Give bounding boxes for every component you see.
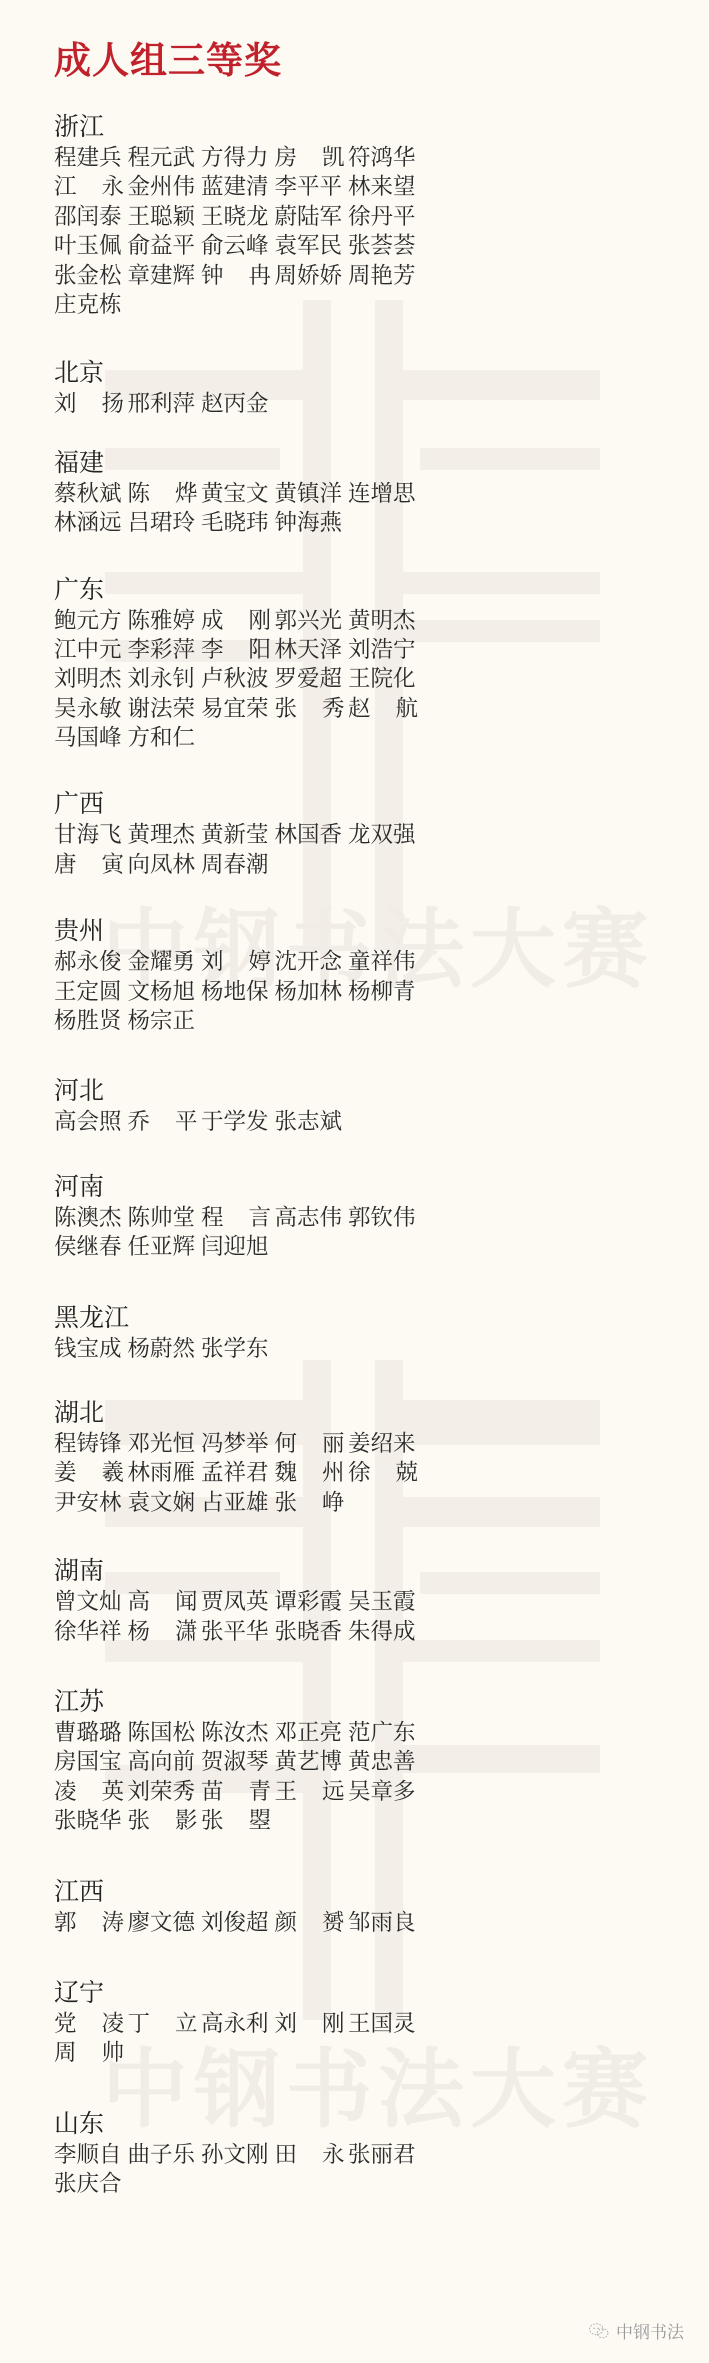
winner-name: 谢法荣 bbox=[128, 695, 201, 724]
province-section: 福建蔡秋斌陈烨黄宝文黄镇洋连增思林涵远吕珺玲毛晓玮钟海燕 bbox=[54, 448, 654, 539]
province-section: 江西郭涛廖文德刘俊超颜赟邹雨良 bbox=[54, 1877, 654, 1938]
winner-name: 毛晓玮 bbox=[201, 509, 274, 538]
names-grid: 曹璐璐陈国松陈汝杰邓正亮范广东房国宝高向前贺淑琴黄艺博黄忠善凌英刘荣秀苗青王远吴… bbox=[54, 1719, 654, 1837]
winner-name: 黄宝文 bbox=[201, 480, 274, 509]
winner-name: 俞云峰 bbox=[201, 232, 274, 261]
province-section: 浙江程建兵程元武方得力房凯符鸿华江永金州伟蓝建清李平平林来望邵闰泰王聪颖王晓龙蔚… bbox=[54, 112, 654, 320]
winner-name: 孟祥君 bbox=[201, 1459, 274, 1488]
names-grid: 李顺自曲子乐孙文刚田永张丽君张庆合 bbox=[54, 2141, 654, 2200]
winner-name: 陈国松 bbox=[128, 1719, 201, 1748]
winner-name: 刘浩宁 bbox=[348, 636, 421, 665]
winner-name: 钱宝成 bbox=[54, 1335, 127, 1364]
winner-name: 林雨雁 bbox=[128, 1459, 201, 1488]
winner-name: 廖文德 bbox=[128, 1909, 201, 1938]
names-grid: 程铸锋邓光恒冯梦举何丽姜绍来姜羲林雨雁孟祥君魏州徐兢尹安林袁文娴占亚雄张峥 bbox=[54, 1430, 654, 1518]
winner-name: 冯梦举 bbox=[201, 1430, 274, 1459]
winner-name: 何丽 bbox=[275, 1430, 345, 1459]
footer-account: 中钢书法 bbox=[588, 2318, 684, 2343]
winner-name: 周春潮 bbox=[201, 851, 274, 880]
winner-name: 张峥 bbox=[275, 1489, 345, 1518]
winner-name: 李阳 bbox=[201, 636, 271, 665]
winner-name: 周艳芳 bbox=[348, 262, 421, 291]
winner-name: 林国香 bbox=[275, 821, 348, 850]
winner-name: 刘扬 bbox=[54, 390, 124, 419]
winner-name: 张志斌 bbox=[275, 1108, 348, 1137]
winner-name: 杨宗正 bbox=[128, 1007, 201, 1036]
winner-name: 卢秋波 bbox=[201, 665, 274, 694]
winner-name: 童祥伟 bbox=[348, 948, 421, 977]
winner-name: 刘婷 bbox=[201, 948, 271, 977]
winner-name: 叶玉佩 bbox=[54, 232, 127, 261]
province-heading: 黑龙江 bbox=[54, 1303, 654, 1333]
winner-name: 田永 bbox=[275, 2141, 345, 2170]
winner-name: 党凌 bbox=[54, 2010, 124, 2039]
winner-name: 程元武 bbox=[128, 144, 201, 173]
winner-name: 侯继春 bbox=[54, 1233, 127, 1262]
names-grid: 鲍元方陈雅婷成刚郭兴光黄明杰江中元李彩萍李阳林天泽刘浩宁刘明杰刘永钊卢秋波罗爱超… bbox=[54, 607, 654, 754]
winner-name: 凌英 bbox=[54, 1778, 124, 1807]
winner-name: 杨胜贤 bbox=[54, 1007, 127, 1036]
winner-name: 苗青 bbox=[201, 1778, 271, 1807]
winner-name: 鲍元方 bbox=[54, 607, 127, 636]
province-section: 广西甘海飞黄理杰黄新莹林国香龙双强唐寅向凤林周春潮 bbox=[54, 789, 654, 880]
footer-account-name: 中钢书法 bbox=[616, 2318, 684, 2343]
winner-name: 唐寅 bbox=[54, 851, 124, 880]
names-grid: 刘扬邢利萍赵丙金 bbox=[54, 390, 654, 419]
winner-name: 邹雨良 bbox=[348, 1909, 421, 1938]
winner-name: 李彩萍 bbox=[128, 636, 201, 665]
winner-name: 杨潇 bbox=[128, 1618, 198, 1647]
winner-name: 金州伟 bbox=[128, 173, 201, 202]
winner-name: 陈澳杰 bbox=[54, 1204, 127, 1233]
winner-name: 贾凤英 bbox=[201, 1588, 274, 1617]
province-heading: 湖北 bbox=[54, 1398, 654, 1428]
winner-name: 徐华祥 bbox=[54, 1618, 127, 1647]
winner-name: 周帅 bbox=[54, 2039, 124, 2068]
winner-name: 孙文刚 bbox=[201, 2141, 274, 2170]
winner-name: 郝永俊 bbox=[54, 948, 127, 977]
winner-name: 罗爱超 bbox=[275, 665, 348, 694]
winner-name: 陈烨 bbox=[128, 480, 198, 509]
winner-name: 袁军民 bbox=[275, 232, 348, 261]
winner-name: 杨蔚然 bbox=[128, 1335, 201, 1364]
winner-name: 邓正亮 bbox=[275, 1719, 348, 1748]
province-heading: 北京 bbox=[54, 358, 654, 388]
winner-name: 张丽君 bbox=[348, 2141, 421, 2170]
winner-name: 邓光恒 bbox=[128, 1430, 201, 1459]
winner-name: 谭彩霞 bbox=[275, 1588, 348, 1617]
winner-name: 张平华 bbox=[201, 1618, 274, 1647]
winner-name: 程建兵 bbox=[54, 144, 127, 173]
winner-name: 张曌 bbox=[201, 1807, 271, 1836]
names-grid: 曾文灿高闻贾凤英谭彩霞吴玉霞徐华祥杨潇张平华张晓香朱得成 bbox=[54, 1588, 654, 1647]
winner-name: 高永利 bbox=[201, 2010, 274, 2039]
winner-name: 钟海燕 bbox=[275, 509, 348, 538]
province-section: 湖北程铸锋邓光恒冯梦举何丽姜绍来姜羲林雨雁孟祥君魏州徐兢尹安林袁文娴占亚雄张峥 bbox=[54, 1398, 654, 1518]
winner-name: 方得力 bbox=[201, 144, 274, 173]
winner-name: 吴永敏 bbox=[54, 695, 127, 724]
winner-name: 李平平 bbox=[275, 173, 348, 202]
winner-name: 于学发 bbox=[201, 1108, 274, 1137]
winner-name: 程铸锋 bbox=[54, 1430, 127, 1459]
winner-name: 王定圆 bbox=[54, 978, 127, 1007]
winner-name: 林天泽 bbox=[275, 636, 348, 665]
province-heading: 江西 bbox=[54, 1877, 654, 1907]
winner-name: 易宜荣 bbox=[201, 695, 274, 724]
province-heading: 贵州 bbox=[54, 916, 654, 946]
winner-name: 徐丹平 bbox=[348, 203, 421, 232]
winner-name: 乔平 bbox=[128, 1108, 198, 1137]
winner-name: 成刚 bbox=[201, 607, 271, 636]
winner-name: 张学东 bbox=[201, 1335, 274, 1364]
winner-name: 黄理杰 bbox=[128, 821, 201, 850]
winner-name: 郭钦伟 bbox=[348, 1204, 421, 1233]
winner-name: 杨地保 bbox=[201, 978, 274, 1007]
winner-name: 魏州 bbox=[275, 1459, 345, 1488]
province-heading: 辽宁 bbox=[54, 1978, 654, 2008]
winner-name: 高志伟 bbox=[275, 1204, 348, 1233]
winner-name: 房国宝 bbox=[54, 1748, 127, 1777]
winner-name: 杨加林 bbox=[275, 978, 348, 1007]
names-grid: 郝永俊金耀勇刘婷沈开念童祥伟王定圆文杨旭杨地保杨加林杨柳青杨胜贤杨宗正 bbox=[54, 948, 654, 1036]
winner-name: 闫迎旭 bbox=[201, 1233, 274, 1262]
winner-name: 黄明杰 bbox=[348, 607, 421, 636]
province-section: 江苏曹璐璐陈国松陈汝杰邓正亮范广东房国宝高向前贺淑琴黄艺博黄忠善凌英刘荣秀苗青王… bbox=[54, 1687, 654, 1837]
province-section: 广东鲍元方陈雅婷成刚郭兴光黄明杰江中元李彩萍李阳林天泽刘浩宁刘明杰刘永钊卢秋波罗… bbox=[54, 575, 654, 754]
winner-name: 范广东 bbox=[348, 1719, 421, 1748]
winner-name: 邢利萍 bbox=[128, 390, 201, 419]
winner-name: 刘荣秀 bbox=[128, 1778, 201, 1807]
names-grid: 程建兵程元武方得力房凯符鸿华江永金州伟蓝建清李平平林来望邵闰泰王聪颖王晓龙蔚陆军… bbox=[54, 144, 654, 320]
page-title: 成人组三等奖 bbox=[54, 30, 282, 84]
winner-name: 符鸿华 bbox=[348, 144, 421, 173]
winner-name: 俞益平 bbox=[128, 232, 201, 261]
winner-name: 林涵远 bbox=[54, 509, 127, 538]
province-section: 河南陈澳杰陈帅堂程言高志伟郭钦伟侯继春任亚辉闫迎旭 bbox=[54, 1172, 654, 1263]
winner-name: 张晓香 bbox=[275, 1618, 348, 1647]
winner-name: 刘明杰 bbox=[54, 665, 127, 694]
winner-name: 张晓华 bbox=[54, 1807, 127, 1836]
province-section: 辽宁党凌丁立高永利刘刚王国灵周帅 bbox=[54, 1978, 654, 2069]
winner-name: 庄克栋 bbox=[54, 291, 127, 320]
province-heading: 河南 bbox=[54, 1172, 654, 1202]
winner-name: 杨柳青 bbox=[348, 978, 421, 1007]
winner-name: 占亚雄 bbox=[201, 1489, 274, 1518]
winner-name: 贺淑琴 bbox=[201, 1748, 274, 1777]
province-section: 湖南曾文灿高闻贾凤英谭彩霞吴玉霞徐华祥杨潇张平华张晓香朱得成 bbox=[54, 1556, 654, 1647]
winner-name: 王远 bbox=[275, 1778, 345, 1807]
names-grid: 钱宝成杨蔚然张学东 bbox=[54, 1335, 654, 1364]
winner-name: 连增思 bbox=[348, 480, 421, 509]
winner-name: 甘海飞 bbox=[54, 821, 127, 850]
winner-name: 龙双强 bbox=[348, 821, 421, 850]
province-heading: 广西 bbox=[54, 789, 654, 819]
winner-name: 高会照 bbox=[54, 1108, 127, 1137]
winner-name: 江中元 bbox=[54, 636, 127, 665]
province-section: 山东李顺自曲子乐孙文刚田永张丽君张庆合 bbox=[54, 2109, 654, 2200]
winner-name: 黄新莹 bbox=[201, 821, 274, 850]
winner-name: 张庆合 bbox=[54, 2170, 127, 2199]
winner-name: 周娇娇 bbox=[275, 262, 348, 291]
province-section: 河北高会照乔平于学发张志斌 bbox=[54, 1076, 654, 1137]
winner-name: 曹璐璐 bbox=[54, 1719, 127, 1748]
winner-name: 邵闰泰 bbox=[54, 203, 127, 232]
winner-name: 姜羲 bbox=[54, 1459, 124, 1488]
winner-name: 袁文娴 bbox=[128, 1489, 201, 1518]
winner-name: 吴章多 bbox=[348, 1778, 421, 1807]
winner-name: 陈雅婷 bbox=[128, 607, 201, 636]
winner-name: 王国灵 bbox=[348, 2010, 421, 2039]
winner-name: 方和仁 bbox=[128, 724, 201, 753]
winner-name: 王聪颖 bbox=[128, 203, 201, 232]
winner-name: 文杨旭 bbox=[128, 978, 201, 1007]
province-section: 黑龙江钱宝成杨蔚然张学东 bbox=[54, 1303, 654, 1364]
winner-name: 马国峰 bbox=[54, 724, 127, 753]
province-heading: 广东 bbox=[54, 575, 654, 605]
winner-name: 沈开念 bbox=[275, 948, 348, 977]
winner-name: 尹安林 bbox=[54, 1489, 127, 1518]
winner-name: 张秀 bbox=[275, 695, 345, 724]
winner-name: 江永 bbox=[54, 173, 124, 202]
winner-name: 陈帅堂 bbox=[128, 1204, 201, 1233]
winner-name: 吴玉霞 bbox=[348, 1588, 421, 1617]
names-grid: 高会照乔平于学发张志斌 bbox=[54, 1108, 654, 1137]
winner-name: 郭兴光 bbox=[275, 607, 348, 636]
names-grid: 党凌丁立高永利刘刚王国灵周帅 bbox=[54, 2010, 654, 2069]
winner-name: 郭涛 bbox=[54, 1909, 124, 1938]
province-section: 贵州郝永俊金耀勇刘婷沈开念童祥伟王定圆文杨旭杨地保杨加林杨柳青杨胜贤杨宗正 bbox=[54, 916, 654, 1036]
province-heading: 河北 bbox=[54, 1076, 654, 1106]
winner-name: 蔡秋斌 bbox=[54, 480, 127, 509]
names-grid: 蔡秋斌陈烨黄宝文黄镇洋连增思林涵远吕珺玲毛晓玮钟海燕 bbox=[54, 480, 654, 539]
province-section: 北京刘扬邢利萍赵丙金 bbox=[54, 358, 654, 419]
winner-name: 刘刚 bbox=[275, 2010, 345, 2039]
winner-name: 丁立 bbox=[128, 2010, 198, 2039]
winner-name: 王晓龙 bbox=[201, 203, 274, 232]
winner-name: 黄艺博 bbox=[275, 1748, 348, 1777]
winner-name: 钟冉 bbox=[201, 262, 271, 291]
province-heading: 湖南 bbox=[54, 1556, 654, 1586]
winner-name: 李顺自 bbox=[54, 2141, 127, 2170]
province-heading: 福建 bbox=[54, 448, 654, 478]
winner-name: 曾文灿 bbox=[54, 1588, 127, 1617]
winner-name: 赵航 bbox=[348, 695, 418, 724]
winner-name: 黄镇洋 bbox=[275, 480, 348, 509]
winner-name: 房凯 bbox=[275, 144, 345, 173]
province-heading: 江苏 bbox=[54, 1687, 654, 1717]
winner-name: 张影 bbox=[128, 1807, 198, 1836]
winner-name: 向凤林 bbox=[128, 851, 201, 880]
names-grid: 陈澳杰陈帅堂程言高志伟郭钦伟侯继春任亚辉闫迎旭 bbox=[54, 1204, 654, 1263]
winner-name: 任亚辉 bbox=[128, 1233, 201, 1262]
winner-name: 曲子乐 bbox=[128, 2141, 201, 2170]
winner-name: 蔚陆军 bbox=[275, 203, 348, 232]
winner-name: 徐兢 bbox=[348, 1459, 418, 1488]
winner-name: 陈汝杰 bbox=[201, 1719, 274, 1748]
winner-name: 蓝建清 bbox=[201, 173, 274, 202]
winner-name: 张金松 bbox=[54, 262, 127, 291]
winner-name: 林来望 bbox=[348, 173, 421, 202]
winner-name: 黄忠善 bbox=[348, 1748, 421, 1777]
winner-name: 姜绍来 bbox=[348, 1430, 421, 1459]
winner-name: 吕珺玲 bbox=[128, 509, 201, 538]
winner-name: 颜赟 bbox=[275, 1909, 345, 1938]
winner-name: 王院化 bbox=[348, 665, 421, 694]
names-grid: 郭涛廖文德刘俊超颜赟邹雨良 bbox=[54, 1909, 654, 1938]
winner-name: 金耀勇 bbox=[128, 948, 201, 977]
winner-name: 刘俊超 bbox=[201, 1909, 274, 1938]
winner-name: 朱得成 bbox=[348, 1618, 421, 1647]
winner-name: 章建辉 bbox=[128, 262, 201, 291]
winner-name: 高闻 bbox=[128, 1588, 198, 1617]
wechat-icon bbox=[588, 2322, 610, 2340]
winners-list: 浙江程建兵程元武方得力房凯符鸿华江永金州伟蓝建清李平平林来望邵闰泰王聪颖王晓龙蔚… bbox=[54, 112, 654, 2237]
province-heading: 浙江 bbox=[54, 112, 654, 142]
winner-name: 张荟荟 bbox=[348, 232, 421, 261]
winner-name: 程言 bbox=[201, 1204, 271, 1233]
winner-name: 赵丙金 bbox=[201, 390, 274, 419]
winner-name: 刘永钊 bbox=[128, 665, 201, 694]
winner-name: 高向前 bbox=[128, 1748, 201, 1777]
names-grid: 甘海飞黄理杰黄新莹林国香龙双强唐寅向凤林周春潮 bbox=[54, 821, 654, 880]
province-heading: 山东 bbox=[54, 2109, 654, 2139]
